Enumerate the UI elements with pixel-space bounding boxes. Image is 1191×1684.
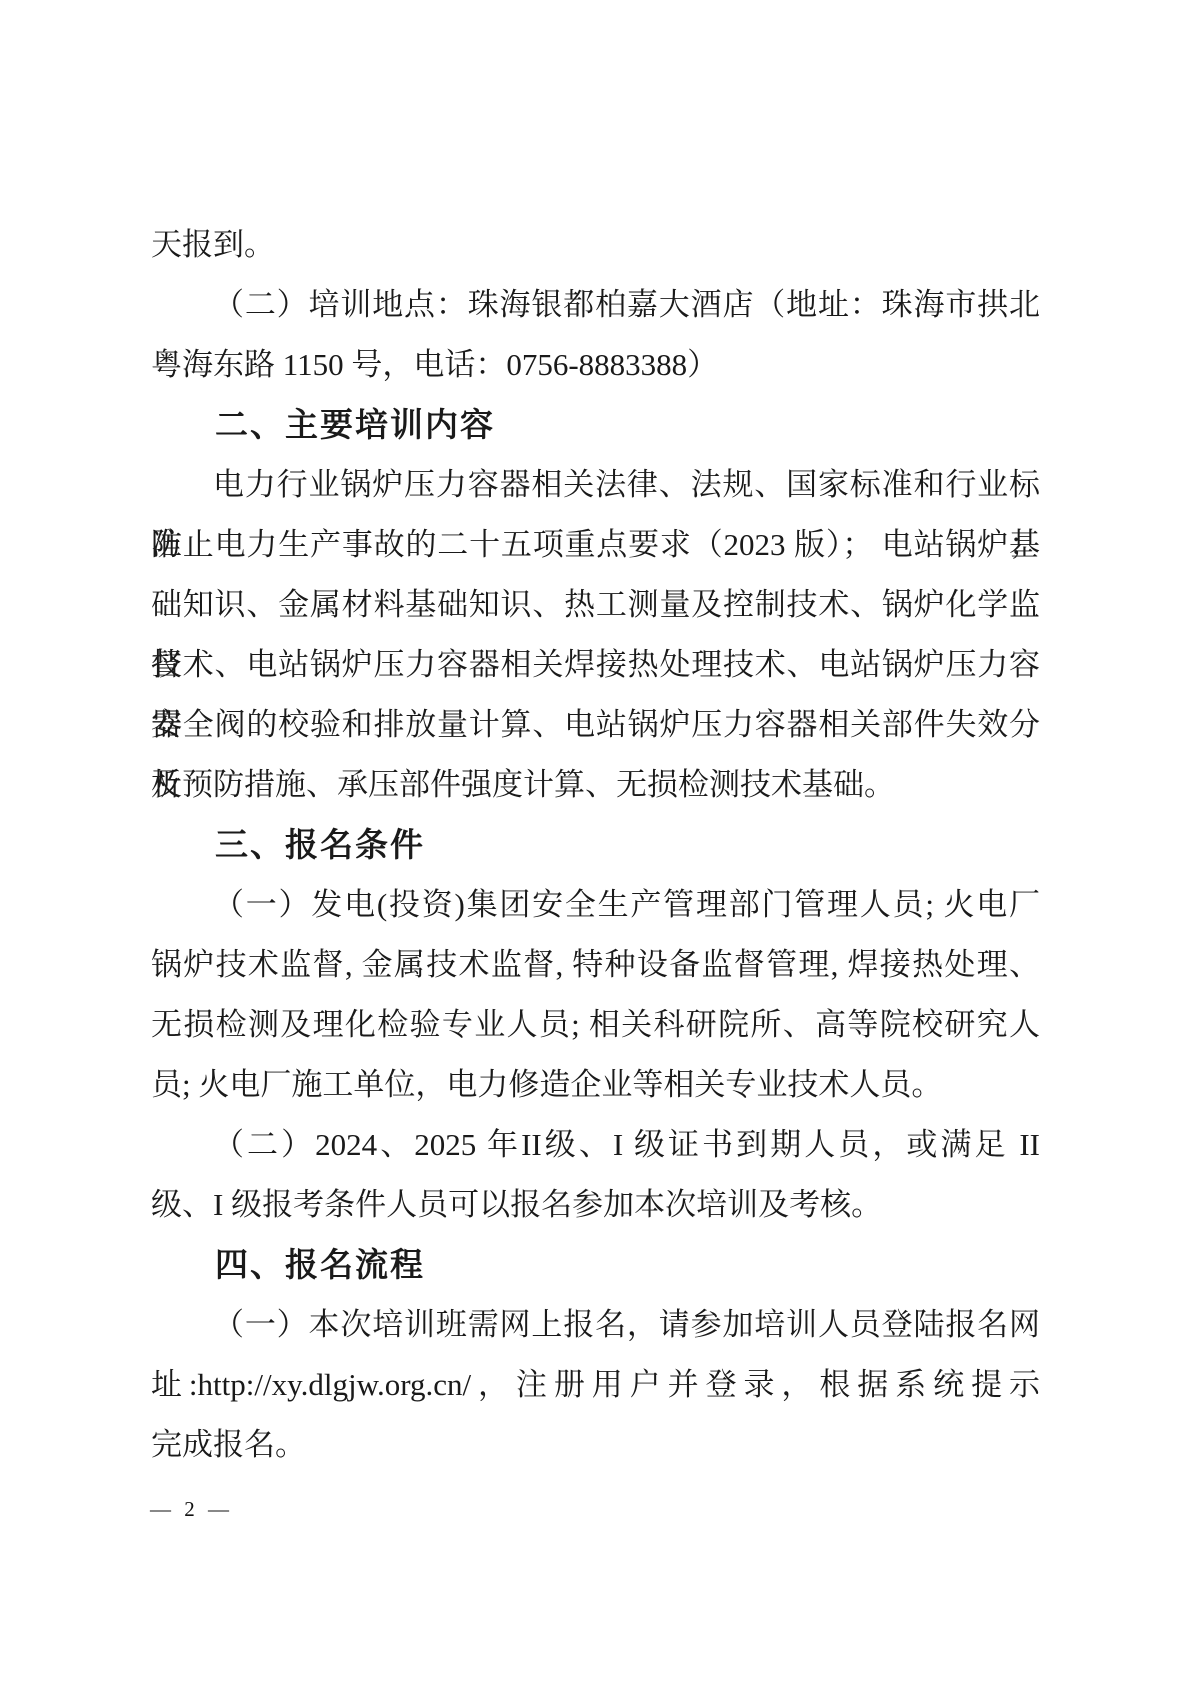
- body-line: （二）培训地点：珠海银都柏嘉大酒店（地址：珠海市拱北: [151, 275, 1040, 335]
- body-line: 天报到。: [151, 215, 1040, 275]
- body-line: （二）2024、2025 年II级、I 级证书到期人员，或满足 II: [151, 1115, 1040, 1175]
- body-line: 防止电力生产事故的二十五项重点要求（2023 版）； 电站锅炉基: [151, 515, 1040, 575]
- body-line: （一）本次培训班需网上报名，请参加培训人员登陆报名网: [151, 1295, 1040, 1355]
- body-line: 电力行业锅炉压力容器相关法律、法规、国家标准和行业标准；: [151, 455, 1040, 515]
- page-number: — 2 —: [150, 1497, 233, 1522]
- document-body: 天报到。 （二）培训地点：珠海银都柏嘉大酒店（地址：珠海市拱北 粤海东路 115…: [151, 215, 1040, 1475]
- body-line: 粤海东路 1150 号，电话：0756-8883388）: [151, 335, 1040, 395]
- body-line: （一）发电(投资)集团安全生产管理部门管理人员; 火电厂: [151, 875, 1040, 935]
- body-line: 址:http://xy.dlgjw.org.cn/，注册用户并登录，根据系统提示: [151, 1355, 1040, 1415]
- section-heading: 四、报名流程: [151, 1235, 1040, 1295]
- body-line: 安全阀的校验和排放量计算、电站锅炉压力容器相关部件失效分析: [151, 695, 1040, 755]
- body-line: 无损检测及理化检验专业人员; 相关科研院所、高等院校研究人: [151, 995, 1040, 1055]
- body-line: 级、I 级报考条件人员可以报名参加本次培训及考核。: [151, 1175, 1040, 1235]
- section-heading: 三、报名条件: [151, 815, 1040, 875]
- body-line: 础知识、金属材料基础知识、热工测量及控制技术、锅炉化学监督: [151, 575, 1040, 635]
- body-line: 及预防措施、承压部件强度计算、无损检测技术基础。: [151, 755, 1040, 815]
- body-line: 技术、电站锅炉压力容器相关焊接热处理技术、电站锅炉压力容器: [151, 635, 1040, 695]
- body-line: 员; 火电厂施工单位，电力修造企业等相关专业技术人员。: [151, 1055, 1040, 1115]
- document-page: 天报到。 （二）培训地点：珠海银都柏嘉大酒店（地址：珠海市拱北 粤海东路 115…: [0, 0, 1191, 1684]
- section-heading: 二、主要培训内容: [151, 395, 1040, 455]
- body-line: 锅炉技术监督, 金属技术监督, 特种设备监督管理, 焊接热处理、: [151, 935, 1040, 995]
- body-line: 完成报名。: [151, 1415, 1040, 1475]
